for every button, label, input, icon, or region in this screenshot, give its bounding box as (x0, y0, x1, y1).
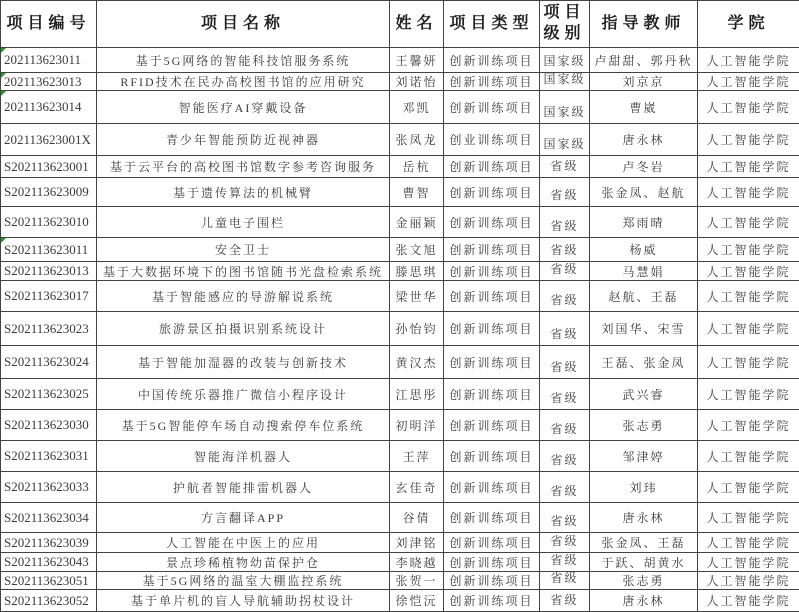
cell-college[interactable]: 人工智能学院 (698, 281, 799, 312)
cell-college[interactable]: 人工智能学院 (698, 178, 799, 207)
cell-college[interactable]: 人工智能学院 (698, 238, 799, 262)
table-row: S202113623017基于智能感应的导游解说系统梁世华创新训练项目省级赵航、… (1, 281, 799, 312)
cell-student-name[interactable]: 金丽颖 (390, 207, 444, 238)
cell-advisor[interactable]: 杨威 (590, 238, 698, 262)
cell-project-level[interactable]: 省级 (540, 379, 590, 410)
table-row: S202113623052基于单片机的盲人导航辅助拐杖设计徐恺沅创新训练项目省级… (1, 590, 799, 612)
cell-project-name[interactable]: 基于大数据环境下的图书馆随书光盘检索系统 (97, 262, 390, 281)
cell-advisor[interactable]: 唐永林 (590, 503, 698, 533)
cell-college[interactable]: 人工智能学院 (698, 73, 799, 91)
cell-project-id[interactable]: S202113623039 (1, 533, 97, 553)
cell-project-level[interactable]: 国家级 (540, 48, 590, 73)
cell-project-id[interactable]: 202113623001X (1, 124, 97, 156)
cell-project-level[interactable]: 国家级 (540, 124, 590, 156)
cell-project-id[interactable]: S202113623052 (1, 590, 97, 612)
cell-project-type[interactable]: 创新训练项目 (444, 312, 540, 346)
projects-table: 项目编号 项目名称 姓名 项目类型 项目级别 指导教师 学院 202113623… (0, 0, 799, 612)
cell-project-id[interactable]: S202113623023 (1, 312, 97, 346)
cell-project-type[interactable]: 创新训练项目 (444, 281, 540, 312)
cell-project-name[interactable]: 基于5G网络的温室大棚监控系统 (97, 572, 390, 590)
cell-project-id[interactable]: S202113623024 (1, 346, 97, 379)
header-project-name[interactable]: 项目名称 (97, 1, 390, 48)
cell-college[interactable]: 人工智能学院 (698, 472, 799, 503)
cell-advisor[interactable]: 刘京京 (590, 73, 698, 91)
cell-project-name[interactable]: RFID技术在民办高校图书馆的应用研究 (97, 73, 390, 91)
cell-advisor[interactable]: 刘国华、宋雪 (590, 312, 698, 346)
cell-student-name[interactable]: 王萍 (390, 441, 444, 472)
cell-project-name[interactable]: 青少年智能预防近视神器 (97, 124, 390, 156)
cell-student-name[interactable]: 王馨妍 (390, 48, 444, 73)
table-row: 202113623001X青少年智能预防近视神器张凤龙创业训练项目国家级唐永林人… (1, 124, 799, 156)
table-row: S202113623031智能海洋机器人王萍创新训练项目省级邹津婷人工智能学院 (1, 441, 799, 472)
cell-project-name[interactable]: 儿童电子围栏 (97, 207, 390, 238)
cell-project-type[interactable]: 创新训练项目 (444, 91, 540, 124)
cell-advisor[interactable]: 曹崴 (590, 91, 698, 124)
cell-project-type[interactable]: 创新训练项目 (444, 48, 540, 73)
cell-error-indicator-icon (1, 48, 6, 53)
cell-project-id[interactable]: S202113623030 (1, 410, 97, 441)
header-advisor[interactable]: 指导教师 (590, 1, 698, 48)
cell-project-id[interactable]: S202113623013 (1, 262, 97, 281)
cell-project-name[interactable]: 智能医疗AI穿戴设备 (97, 91, 390, 124)
cell-college[interactable]: 人工智能学院 (698, 533, 799, 553)
cell-project-type[interactable]: 创新训练项目 (444, 379, 540, 410)
cell-student-name[interactable]: 李晓越 (390, 553, 444, 572)
cell-advisor[interactable]: 马慧娟 (590, 262, 698, 281)
cell-college[interactable]: 人工智能学院 (698, 124, 799, 156)
cell-project-level[interactable]: 省级 (540, 238, 590, 262)
cell-student-name[interactable]: 孙怡钧 (390, 312, 444, 346)
cell-project-id[interactable]: 202113623011 (1, 48, 97, 73)
cell-student-name[interactable]: 曹智 (390, 178, 444, 207)
cell-error-indicator-icon (1, 91, 6, 96)
cell-project-type[interactable]: 创新训练项目 (444, 156, 540, 178)
cell-project-level[interactable]: 省级 (540, 472, 590, 503)
cell-project-level[interactable]: 省级 (540, 156, 590, 178)
cell-student-name[interactable]: 刘津铭 (390, 533, 444, 553)
cell-student-name[interactable]: 张贺一 (390, 572, 444, 590)
cell-advisor[interactable]: 武兴睿 (590, 379, 698, 410)
cell-project-level[interactable]: 省级 (540, 533, 590, 553)
cell-project-level[interactable]: 省级 (540, 346, 590, 379)
table-row: S202113623025中国传统乐器推广微信小程序设计江思彤创新训练项目省级武… (1, 379, 799, 410)
cell-project-level[interactable]: 省级 (540, 503, 590, 533)
table-row: S202113623013基于大数据环境下的图书馆随书光盘检索系统滕思琪创新训练… (1, 262, 799, 281)
cell-student-name[interactable]: 初明洋 (390, 410, 444, 441)
cell-student-name[interactable]: 邓凯 (390, 91, 444, 124)
cell-student-name[interactable]: 刘诺怡 (390, 73, 444, 91)
cell-error-indicator-icon (1, 73, 6, 78)
cell-project-level[interactable]: 国家级 (540, 91, 590, 124)
cell-project-id[interactable]: S202113623033 (1, 472, 97, 503)
table-row: 202113623014智能医疗AI穿戴设备邓凯创新训练项目国家级曹崴人工智能学… (1, 91, 799, 124)
table-row: S202113623009基于遗传算法的机械臂曹智创新训练项目省级张金凤、赵航人… (1, 178, 799, 207)
cell-project-type[interactable]: 创新训练项目 (444, 238, 540, 262)
cell-college[interactable]: 人工智能学院 (698, 312, 799, 346)
cell-college[interactable]: 人工智能学院 (698, 156, 799, 178)
cell-project-level[interactable]: 省级 (540, 441, 590, 472)
table-row: S202113623030基于5G智能停车场自动搜索停车位系统初明洋创新训练项目… (1, 410, 799, 441)
cell-student-name[interactable]: 梁世华 (390, 281, 444, 312)
cell-project-name[interactable]: 景点珍稀植物幼苗保护仓 (97, 553, 390, 572)
cell-advisor[interactable]: 卢冬岩 (590, 156, 698, 178)
cell-project-type[interactable]: 创新训练项目 (444, 73, 540, 91)
cell-advisor[interactable]: 张金凤、赵航 (590, 178, 698, 207)
cell-student-name[interactable]: 黄汉杰 (390, 346, 444, 379)
header-row: 项目编号 项目名称 姓名 项目类型 项目级别 指导教师 学院 (1, 1, 799, 48)
cell-project-name[interactable]: 护航者智能排雷机器人 (97, 472, 390, 503)
table-row: S202113623051基于5G网络的温室大棚监控系统张贺一创新训练项目省级张… (1, 572, 799, 590)
cell-project-level[interactable]: 省级 (540, 207, 590, 238)
cell-project-name[interactable]: 基于5G网络的智能科技馆服务系统 (97, 48, 390, 73)
table-row: S202113623011安全卫士张文旭创新训练项目省级杨威人工智能学院 (1, 238, 799, 262)
table-row: S202113623001基于云平台的高校图书馆数字参考咨询服务岳杭创新训练项目… (1, 156, 799, 178)
cell-project-name[interactable]: 智能海洋机器人 (97, 441, 390, 472)
cell-college[interactable]: 人工智能学院 (698, 553, 799, 572)
cell-project-type[interactable]: 创新训练项目 (444, 503, 540, 533)
cell-college[interactable]: 人工智能学院 (698, 410, 799, 441)
cell-student-name[interactable]: 谷倩 (390, 503, 444, 533)
cell-project-name[interactable]: 人工智能在中医上的应用 (97, 533, 390, 553)
cell-project-level[interactable]: 省级 (540, 410, 590, 441)
cell-college[interactable]: 人工智能学院 (698, 572, 799, 590)
cell-project-name[interactable]: 旅游景区拍摄识别系统设计 (97, 312, 390, 346)
table-row: S202113623043景点珍稀植物幼苗保护仓李晓越创新训练项目省级于跃、胡黄… (1, 553, 799, 572)
cell-advisor[interactable]: 郑雨晴 (590, 207, 698, 238)
cell-project-id[interactable]: S202113623043 (1, 553, 97, 572)
cell-project-name[interactable]: 基于5G智能停车场自动搜索停车位系统 (97, 410, 390, 441)
cell-project-level[interactable]: 省级 (540, 572, 590, 590)
cell-project-level[interactable]: 省级 (540, 178, 590, 207)
cell-project-id[interactable]: S202113623017 (1, 281, 97, 312)
cell-project-id[interactable]: S202113623034 (1, 503, 97, 533)
cell-advisor[interactable]: 卢甜甜、郭丹秋 (590, 48, 698, 73)
cell-project-type[interactable]: 创新训练项目 (444, 207, 540, 238)
table-header: 项目编号 项目名称 姓名 项目类型 项目级别 指导教师 学院 (1, 1, 799, 48)
cell-project-name[interactable]: 基于智能感应的导游解说系统 (97, 281, 390, 312)
header-project-level[interactable]: 项目级别 (540, 1, 590, 48)
cell-advisor[interactable]: 于跃、胡黄水 (590, 553, 698, 572)
cell-student-name[interactable]: 岳杭 (390, 156, 444, 178)
cell-project-id[interactable]: S202113623031 (1, 441, 97, 472)
cell-project-name[interactable]: 中国传统乐器推广微信小程序设计 (97, 379, 390, 410)
table-row: 202113623013RFID技术在民办高校图书馆的应用研究刘诺怡创新训练项目… (1, 73, 799, 91)
cell-student-name[interactable]: 江思彤 (390, 379, 444, 410)
cell-student-name[interactable]: 玄佳奇 (390, 472, 444, 503)
table-row: S202113623039人工智能在中医上的应用刘津铭创新训练项目省级张金凤、王… (1, 533, 799, 553)
cell-advisor[interactable]: 张金凤、王磊 (590, 533, 698, 553)
cell-project-id[interactable]: S202113623009 (1, 178, 97, 207)
cell-project-name[interactable]: 基于单片机的盲人导航辅助拐杖设计 (97, 590, 390, 612)
cell-project-level[interactable]: 省级 (540, 262, 590, 281)
cell-project-type[interactable]: 创业训练项目 (444, 124, 540, 156)
table-row: 202113623011基于5G网络的智能科技馆服务系统王馨妍创新训练项目国家级… (1, 48, 799, 73)
cell-project-type[interactable]: 创新训练项目 (444, 590, 540, 612)
cell-advisor[interactable]: 赵航、王磊 (590, 281, 698, 312)
cell-project-type[interactable]: 创新训练项目 (444, 410, 540, 441)
cell-advisor[interactable]: 唐永林 (590, 590, 698, 612)
table-row: S202113623033护航者智能排雷机器人玄佳奇创新训练项目省级刘玮人工智能… (1, 472, 799, 503)
cell-project-id[interactable]: S202113623025 (1, 379, 97, 410)
cell-student-name[interactable]: 滕思琪 (390, 262, 444, 281)
header-college[interactable]: 学院 (698, 1, 799, 48)
cell-project-name[interactable]: 基于遗传算法的机械臂 (97, 178, 390, 207)
cell-advisor[interactable]: 王磊、张金凤 (590, 346, 698, 379)
cell-project-type[interactable]: 创新训练项目 (444, 441, 540, 472)
table-row: S202113623023旅游景区拍摄识别系统设计孙怡钧创新训练项目省级刘国华、… (1, 312, 799, 346)
cell-project-name[interactable]: 基于智能加湿器的改装与创新技术 (97, 346, 390, 379)
cell-project-name[interactable]: 方言翻译APP (97, 503, 390, 533)
cell-project-id[interactable]: S202113623010 (1, 207, 97, 238)
header-project-type[interactable]: 项目类型 (444, 1, 540, 48)
cell-college[interactable]: 人工智能学院 (698, 379, 799, 410)
cell-college[interactable]: 人工智能学院 (698, 503, 799, 533)
cell-project-id[interactable]: S202113623011 (1, 238, 97, 262)
cell-project-id[interactable]: S202113623051 (1, 572, 97, 590)
cell-project-type[interactable]: 创新训练项目 (444, 346, 540, 379)
cell-college[interactable]: 人工智能学院 (698, 346, 799, 379)
cell-advisor[interactable]: 张志勇 (590, 410, 698, 441)
cell-project-level[interactable]: 省级 (540, 312, 590, 346)
cell-student-name[interactable]: 徐恺沅 (390, 590, 444, 612)
table-row: S202113623010儿童电子围栏金丽颖创新训练项目省级郑雨晴人工智能学院 (1, 207, 799, 238)
table-row: S202113623034方言翻译APP谷倩创新训练项目省级唐永林人工智能学院 (1, 503, 799, 533)
cell-college[interactable]: 人工智能学院 (698, 262, 799, 281)
cell-project-name[interactable]: 安全卫士 (97, 238, 390, 262)
table-row: S202113623024基于智能加湿器的改装与创新技术黄汉杰创新训练项目省级王… (1, 346, 799, 379)
cell-project-type[interactable]: 创新训练项目 (444, 572, 540, 590)
cell-college[interactable]: 人工智能学院 (698, 48, 799, 73)
cell-project-id[interactable]: S202113623001 (1, 156, 97, 178)
cell-student-name[interactable]: 张文旭 (390, 238, 444, 262)
cell-college[interactable]: 人工智能学院 (698, 590, 799, 612)
cell-advisor[interactable]: 唐永林 (590, 124, 698, 156)
cell-student-name[interactable]: 张凤龙 (390, 124, 444, 156)
table-body: 202113623011基于5G网络的智能科技馆服务系统王馨妍创新训练项目国家级… (1, 48, 799, 612)
cell-project-level[interactable]: 省级 (540, 590, 590, 612)
cell-project-type[interactable]: 创新训练项目 (444, 553, 540, 572)
cell-project-id[interactable]: 202113623014 (1, 91, 97, 124)
cell-project-level[interactable]: 省级 (540, 553, 590, 572)
cell-college[interactable]: 人工智能学院 (698, 91, 799, 124)
cell-advisor[interactable]: 刘玮 (590, 472, 698, 503)
cell-advisor[interactable]: 张志勇 (590, 572, 698, 590)
cell-college[interactable]: 人工智能学院 (698, 441, 799, 472)
cell-error-indicator-icon (1, 238, 6, 243)
cell-project-type[interactable]: 创新训练项目 (444, 262, 540, 281)
cell-project-type[interactable]: 创新训练项目 (444, 533, 540, 553)
cell-college[interactable]: 人工智能学院 (698, 207, 799, 238)
cell-project-id[interactable]: 202113623013 (1, 73, 97, 91)
cell-project-type[interactable]: 创新训练项目 (444, 178, 540, 207)
header-student-name[interactable]: 姓名 (390, 1, 444, 48)
cell-project-level[interactable]: 国家级 (540, 73, 590, 91)
cell-project-level[interactable]: 省级 (540, 281, 590, 312)
cell-project-name[interactable]: 基于云平台的高校图书馆数字参考咨询服务 (97, 156, 390, 178)
cell-project-type[interactable]: 创新训练项目 (444, 472, 540, 503)
cell-advisor[interactable]: 邹津婷 (590, 441, 698, 472)
header-project-id[interactable]: 项目编号 (1, 1, 97, 48)
